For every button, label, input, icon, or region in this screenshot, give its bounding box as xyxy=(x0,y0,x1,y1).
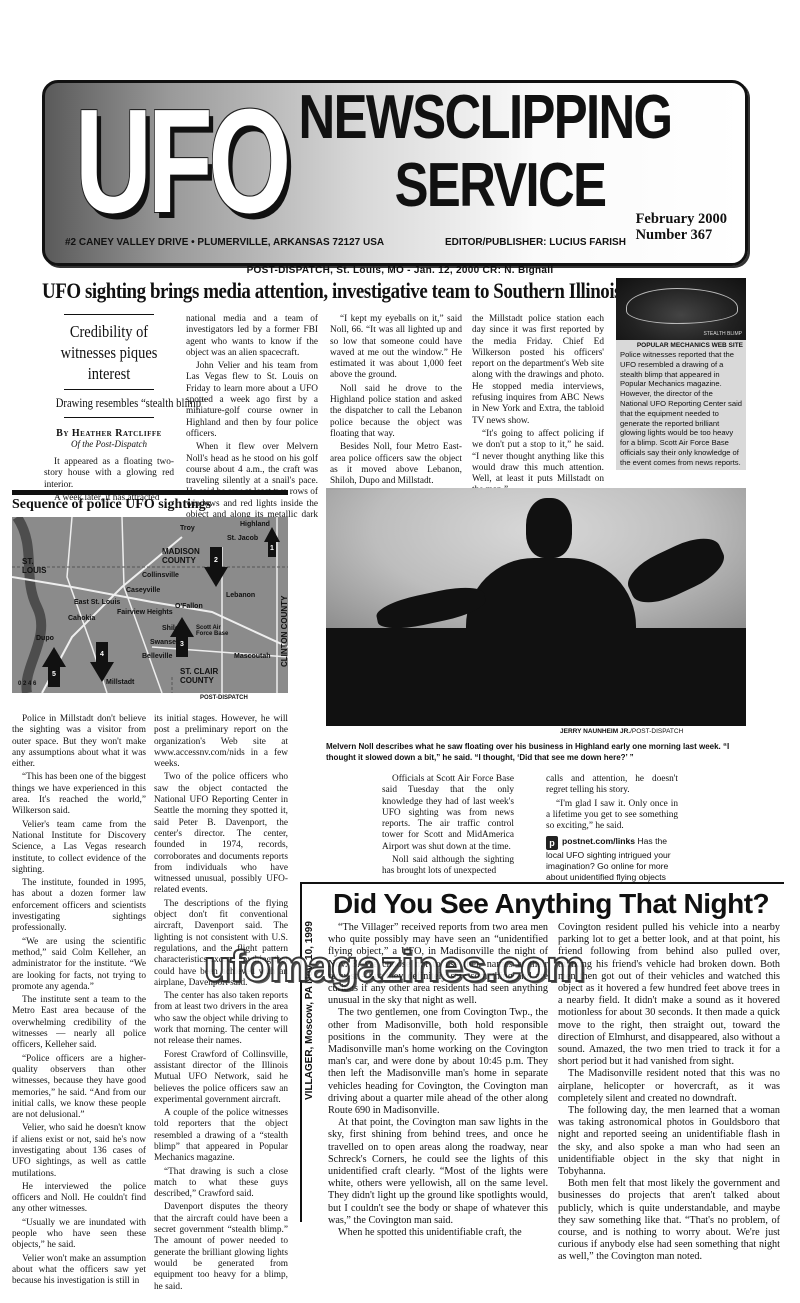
paragraph: The center has also taken reports from a… xyxy=(154,991,288,1047)
masthead: UFO NEWSCLIPPING SERVICE February 2000 N… xyxy=(42,80,748,266)
photo-credit-org: /POST-DISPATCH xyxy=(630,728,683,735)
paragraph: “I kept my eyeballs on it,” said Noll, 6… xyxy=(330,314,462,382)
stealth-blimp-image: STEALTH BLIMP xyxy=(616,278,746,340)
article1-lower-col2: its initial stages. However, he will pos… xyxy=(154,714,288,1295)
editor-line: EDITOR/PUBLISHER: LUCIUS FARISH xyxy=(445,237,626,248)
title-line2: SERVICE xyxy=(316,153,685,219)
map-top-rule xyxy=(12,490,288,495)
paragraph: Besides Noll, four Metro East-area polic… xyxy=(330,442,462,487)
map-roads xyxy=(12,517,288,693)
sightings-map: Highland St. Jacob Troy MADISON COUNTY S… xyxy=(12,517,288,693)
map-label-madison-county: MADISON COUNTY xyxy=(162,547,222,565)
map-label-swansea: Swansea xyxy=(150,639,180,646)
issue-number: Number 367 xyxy=(636,227,727,243)
map-label-lebanon: Lebanon xyxy=(226,592,255,599)
paragraph: “This has been one of the biggest things… xyxy=(12,772,146,817)
article1-headline: UFO sighting brings media attention, inv… xyxy=(42,278,621,304)
article1-deck-box: Credibility of witnesses piques interest… xyxy=(44,314,174,506)
map-label-east-st-louis: East St. Louis xyxy=(74,599,120,606)
photographer-name: JERRY NAUNHEIM JR. xyxy=(560,728,630,735)
paragraph: “That drawing is such a close match to w… xyxy=(154,1167,288,1201)
map-arrow-4-label: 4 xyxy=(100,651,104,658)
paragraph: “Usually we are inundated with people wh… xyxy=(12,1218,146,1252)
paragraph: He interviewed the police officers and N… xyxy=(12,1182,146,1216)
paragraph: The two gentlemen, one from Covington Tw… xyxy=(328,1007,548,1117)
map-title: Sequence of police UFO sightings xyxy=(12,497,211,513)
postnet-logo-icon: p xyxy=(546,836,558,850)
paragraph: The Madisonville resident noted that thi… xyxy=(558,1068,780,1105)
article1-col4: the Millstadt police station each day si… xyxy=(472,314,604,499)
silhouette-head xyxy=(526,498,572,558)
blimp-credit: POPULAR MECHANICS WEB SITE xyxy=(616,340,746,349)
paragraph: The institute, founded in 1995, has abou… xyxy=(12,878,146,934)
paragraph: It appeared as a floating two-story hous… xyxy=(44,457,174,491)
article1-source: POST-DISPATCH, St. Louis, MO - Jan. 12, … xyxy=(0,265,800,276)
photo-caption: Melvern Noll describes what he saw float… xyxy=(326,741,756,763)
paragraph: national media and a team of investigato… xyxy=(186,314,318,359)
paragraph: Forest Crawford of Collinsville, assista… xyxy=(154,1050,288,1106)
map-label-clinton-county: CLINTON COUNTY xyxy=(280,596,288,667)
byline-affiliation: Of the Post-Dispatch xyxy=(44,439,174,449)
blimp-label: STEALTH BLIMP xyxy=(703,331,742,337)
blimp-caption: Police witnesses reported that the UFO r… xyxy=(616,349,746,469)
map-arrow-2-label: 2 xyxy=(214,557,218,564)
map-label-st-clair-county: ST. CLAIR COUNTY xyxy=(180,667,230,685)
paragraph: Both men felt that most likely the gover… xyxy=(558,1178,780,1263)
map-arrow-3-label: 3 xyxy=(180,641,184,648)
article2-col2: Covington resident pulled his vehicle in… xyxy=(558,922,780,1264)
paragraph: Davenport disputes the theory that the a… xyxy=(154,1202,288,1292)
map-scale: 0 2 4 6 xyxy=(18,681,36,687)
blimp-shape-icon xyxy=(626,288,738,324)
postnet-promo[interactable]: ppostnet.com/links Has the local UFO sig… xyxy=(546,836,678,883)
issue-date: February 2000 xyxy=(636,211,727,227)
paragraph: Noll said although the sighting has brou… xyxy=(382,855,514,878)
paragraph: Velier won't make an assumption about wh… xyxy=(12,1254,146,1288)
paragraph: calls and attention, he doesn't regret t… xyxy=(546,774,678,797)
map-label-collinsville: Collinsville xyxy=(142,572,179,579)
map-label-highland: Highland xyxy=(240,521,270,528)
map-label-caseyville: Caseyville xyxy=(126,587,160,594)
map-label-mascoutah: Mascoutah xyxy=(234,653,271,660)
map-label-st-louis: ST. LOUIS xyxy=(22,557,52,575)
postnet-link[interactable]: postnet.com/links xyxy=(562,836,635,846)
issue-info: February 2000 Number 367 xyxy=(636,211,727,243)
paragraph: its initial stages. However, he will pos… xyxy=(154,714,288,770)
article1-lower-col4: calls and attention, he doesn't regret t… xyxy=(546,774,678,883)
divider xyxy=(64,417,154,418)
map-label-troy: Troy xyxy=(180,525,195,532)
divider xyxy=(64,389,154,390)
paragraph: Police in Millstadt don't believe the si… xyxy=(12,714,146,770)
divider xyxy=(64,314,154,315)
paragraph: When he spotted this unidentifiable craf… xyxy=(328,1227,548,1239)
paragraph: Officials at Scott Air Force Base said T… xyxy=(382,774,514,853)
article1-col3: “I kept my eyeballs on it,” said Noll, 6… xyxy=(330,314,462,514)
paragraph: At that point, the Covington man saw lig… xyxy=(328,1117,548,1227)
map-label-fairview-heights: Fairview Heights xyxy=(117,609,173,616)
paragraph: A couple of the police witnesses told re… xyxy=(154,1108,288,1164)
paragraph: Velier's team came from the National Ins… xyxy=(12,820,146,876)
paragraph: “We are using the scientific method,” sa… xyxy=(12,937,146,993)
byline: By Heather Ratcliffe xyxy=(44,428,174,439)
article1-lower-col1: Police in Millstadt don't believe the si… xyxy=(12,714,146,1290)
paragraph: The following day, the men learned that … xyxy=(558,1105,780,1178)
map-credit: POST-DISPATCH xyxy=(200,695,248,701)
paragraph: “I'm glad I saw it. Only once in a lifet… xyxy=(546,799,678,833)
photo-foreground xyxy=(326,628,746,726)
publisher-address: #2 CANEY VALLEY DRIVE • PLUMERVILLE, ARK… xyxy=(65,237,384,248)
article1-lower-col3: Officials at Scott Air Force Base said T… xyxy=(382,774,514,880)
photo-credit: JERRY NAUNHEIM JR./POST-DISPATCH xyxy=(560,728,683,735)
map-label-cahokia: Cahokia xyxy=(68,615,95,622)
map-label-dupo: Dupo xyxy=(36,635,54,642)
title-line1: NEWSCLIPPING xyxy=(288,83,682,153)
paragraph: “It's going to affect policing if we don… xyxy=(472,429,604,497)
paragraph: Two of the police officers who saw the o… xyxy=(154,772,288,896)
map-label-scott-afb: Scott Air Force Base xyxy=(196,625,230,637)
melvern-noll-photo xyxy=(326,488,746,726)
paragraph: Velier, who said he doesn't know if alie… xyxy=(12,1123,146,1179)
map-label-millstadt: Millstadt xyxy=(106,679,134,686)
paragraph: The institute sent a team to the Metro E… xyxy=(12,995,146,1051)
blimp-caption-box: POPULAR MECHANICS WEB SITE Police witnes… xyxy=(616,340,746,470)
article2-headline: Did You See Anything That Night? xyxy=(333,888,769,920)
map-label-st-jacob: St. Jacob xyxy=(227,535,258,542)
map-arrow-1-label: 1 xyxy=(270,545,274,552)
map-label-shiloh: Shiloh xyxy=(162,625,183,632)
article1-subdeck: Drawing resembles “stealth blimp” xyxy=(56,395,163,411)
paragraph: the Millstadt police station each day si… xyxy=(472,314,604,427)
map-arrow-5-label: 5 xyxy=(52,671,56,678)
map-label-belleville: Belleville xyxy=(142,653,172,660)
paragraph: Covington resident pulled his vehicle in… xyxy=(558,922,780,1068)
paragraph: John Velier and his team from Las Vegas … xyxy=(186,361,318,440)
publication-title: NEWSCLIPPING SERVICE xyxy=(245,83,725,219)
article1-deck: Credibility of witnesses piques interest xyxy=(54,321,165,384)
article2-source: VILLAGER, Moscow, PA Nov. 10, 1999 xyxy=(304,1080,315,1100)
map-label-ofallon: O'Fallon xyxy=(175,603,203,610)
paragraph: Noll said he drove to the Highland polic… xyxy=(330,384,462,440)
paragraph: “Police officers are a higher-quality ob… xyxy=(12,1054,146,1122)
watermark: ufomagazines.com xyxy=(204,942,584,992)
